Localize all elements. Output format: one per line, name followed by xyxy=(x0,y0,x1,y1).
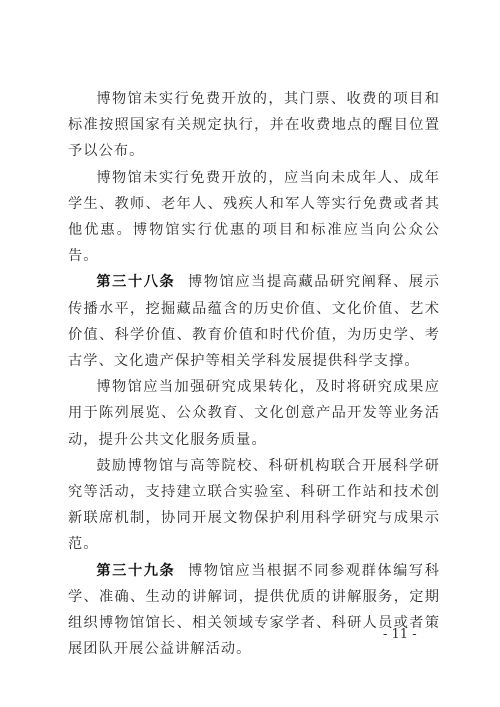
paragraph-ticket-fees: 博物馆未实行免费开放的，其门票、收费的项目和标准按照国家有关规定执行，并在收费地… xyxy=(68,86,440,165)
paragraph-article-39: 第三十九条博物馆应当根据不同参观群体编写科学、准确、生动的讲解词，提供优质的讲解… xyxy=(68,558,440,663)
paragraph-text: 博物馆未实行免费开放的，其门票、收费的项目和标准按照国家有关规定执行，并在收费地… xyxy=(68,91,440,159)
article-number: 第三十九条 xyxy=(96,563,175,579)
paragraph-discounts: 博物馆未实行免费开放的，应当向未成年人、成年学生、教师、老年人、残疾人和军人等实… xyxy=(68,165,440,270)
paragraph-article-38: 第三十八条博物馆应当提高藏品研究阐释、展示传播水平，挖掘藏品蕴含的历史价值、文化… xyxy=(68,269,440,374)
document-body: 博物馆未实行免费开放的，其门票、收费的项目和标准按照国家有关规定执行，并在收费地… xyxy=(68,86,440,662)
article-number: 第三十八条 xyxy=(96,274,175,290)
paragraph-text: 鼓励博物馆与高等院校、科研机构联合开展科学研究等活动，支持建立联合实验室、科研工… xyxy=(68,458,440,553)
paragraph-research-conversion: 博物馆应当加强研究成果转化，及时将研究成果应用于陈列展览、公众教育、文化创意产品… xyxy=(68,374,440,453)
paragraph-text: 博物馆未实行免费开放的，应当向未成年人、成年学生、教师、老年人、残疾人和军人等实… xyxy=(68,170,440,265)
paragraph-text: 博物馆应当加强研究成果转化，及时将研究成果应用于陈列展览、公众教育、文化创意产品… xyxy=(68,379,440,447)
document-page: 博物馆未实行免费开放的，其门票、收费的项目和标准按照国家有关规定执行，并在收费地… xyxy=(0,0,500,707)
paragraph-collaboration: 鼓励博物馆与高等院校、科研机构联合开展科学研究等活动，支持建立联合实验室、科研工… xyxy=(68,453,440,558)
page-number: - 11 - xyxy=(383,627,417,642)
